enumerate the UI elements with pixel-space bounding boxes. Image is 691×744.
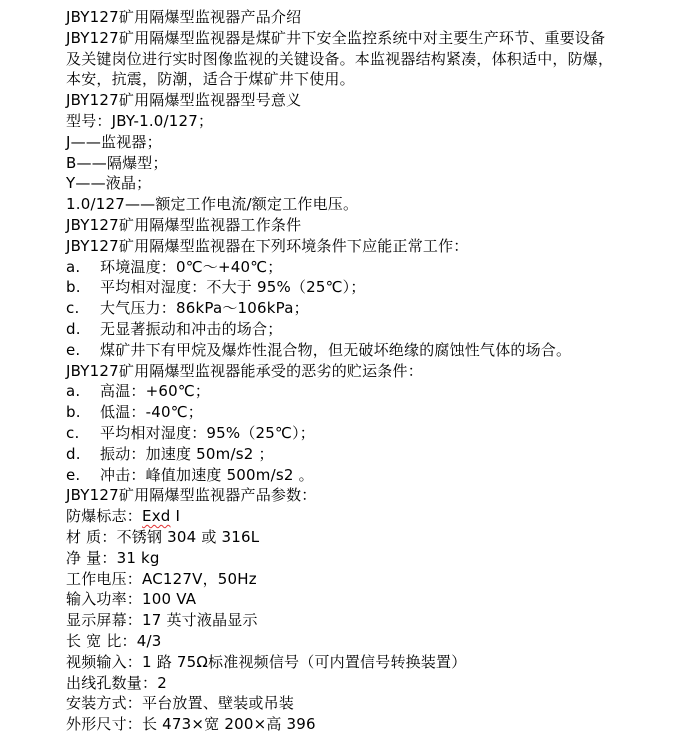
param-label: 安装方式： xyxy=(66,694,142,712)
list-marker: b. xyxy=(66,277,100,298)
working-conditions-heading: JBY127矿用隔爆型监视器工作条件 xyxy=(66,215,643,236)
param-value: 不锈钢 304 或 316L xyxy=(117,528,260,546)
list-item: a.高温：+60℃； xyxy=(66,381,643,402)
list-item: d.无显著振动和冲击的场合； xyxy=(66,319,643,340)
param-value: I xyxy=(171,507,181,525)
working-conditions-intro: JBY127矿用隔爆型监视器在下列环境条件下应能正常工作： xyxy=(66,236,643,257)
list-item-text: 冲击：峰值加速度 500m/s2 。 xyxy=(100,466,314,484)
param-label: 外形尺寸： xyxy=(66,715,142,733)
model-section-heading: JBY127矿用隔爆型监视器型号意义 xyxy=(66,90,643,111)
list-marker: d. xyxy=(66,319,100,340)
list-marker: a. xyxy=(66,257,100,278)
param-row: 外形尺寸：长 473×宽 200×高 396 xyxy=(66,714,643,735)
param-row: 工作电压：AC127V，50Hz xyxy=(66,569,643,590)
param-value-spellchecked: Exd xyxy=(142,507,170,525)
list-item-text: 环境温度：0℃～+40℃； xyxy=(100,258,283,276)
param-row: 安装方式：平台放置、壁装或吊装 xyxy=(66,693,643,714)
list-marker: c. xyxy=(66,298,100,319)
list-marker: b. xyxy=(66,402,100,423)
param-label: 工作电压： xyxy=(66,570,142,588)
param-row: 出线孔数量：2 xyxy=(66,673,643,694)
intro-line: JBY127矿用隔爆型监视器是煤矿井下安全监控系统中对主要生产环节、重要设备 xyxy=(66,28,643,49)
list-marker: e. xyxy=(66,340,100,361)
param-value: 31 kg xyxy=(117,549,160,567)
param-value: 100 VA xyxy=(142,590,196,608)
param-label: 净 量： xyxy=(66,549,117,567)
list-item-text: 高温：+60℃； xyxy=(100,382,210,400)
param-label: 视频输入： xyxy=(66,653,142,671)
param-row: 长 宽 比：4/3 xyxy=(66,631,643,652)
list-item-text: 振动：加速度 50m/s2 ； xyxy=(100,445,274,463)
list-marker: d. xyxy=(66,444,100,465)
model-line: 型号：JBY-1.0/127； xyxy=(66,111,643,132)
list-item: e.煤矿井下有甲烷及爆炸性混合物，但无破坏绝缘的腐蚀性气体的场合。 xyxy=(66,340,643,361)
list-item-text: 无显著振动和冲击的场合； xyxy=(100,320,282,338)
param-label: 显示屏幕： xyxy=(66,611,142,629)
model-line: J——监视器； xyxy=(66,132,643,153)
param-value: 1 路 75Ω标准视频信号（可内置信号转换装置） xyxy=(142,653,466,671)
param-row: 视频输入：1 路 75Ω标准视频信号（可内置信号转换装置） xyxy=(66,652,643,673)
list-item: c.平均相对湿度：95%（25℃）； xyxy=(66,423,643,444)
param-value: AC127V，50Hz xyxy=(142,570,257,588)
doc-title: JBY127矿用隔爆型监视器产品介绍 xyxy=(66,7,643,28)
param-label: 长 宽 比： xyxy=(66,632,137,650)
list-item: b.平均相对湿度：不大于 95%（25℃）； xyxy=(66,277,643,298)
storage-conditions-heading: JBY127矿用隔爆型监视器能承受的恶劣的贮运条件： xyxy=(66,361,643,382)
param-label: 防爆标志： xyxy=(66,507,142,525)
list-item: b.低温：-40℃； xyxy=(66,402,643,423)
model-line: B——隔爆型； xyxy=(66,153,643,174)
list-item: a.环境温度：0℃～+40℃； xyxy=(66,257,643,278)
list-marker: a. xyxy=(66,381,100,402)
param-row: 输入功率：100 VA xyxy=(66,589,643,610)
list-item-text: 煤矿井下有甲烷及爆炸性混合物，但无破坏绝缘的腐蚀性气体的场合。 xyxy=(100,341,571,359)
model-line: 1.0/127——额定工作电流/额定工作电压。 xyxy=(66,194,643,215)
param-value: 长 473×宽 200×高 396 xyxy=(142,715,316,733)
param-value: 4/3 xyxy=(137,632,162,650)
list-item-text: 低温：-40℃； xyxy=(100,403,203,421)
param-row: 显示屏幕：17 英寸液晶显示 xyxy=(66,610,643,631)
parameters-heading: JBY127矿用隔爆型监视器产品参数： xyxy=(66,485,643,506)
param-value: 2 xyxy=(157,674,167,692)
list-item: e.冲击：峰值加速度 500m/s2 。 xyxy=(66,465,643,486)
intro-line: 本安，抗震，防潮，适合于煤矿井下使用。 xyxy=(66,69,643,90)
param-value: 17 英寸液晶显示 xyxy=(142,611,258,629)
param-label: 出线孔数量： xyxy=(66,674,157,692)
param-label: 材 质： xyxy=(66,528,117,546)
document-page: JBY127矿用隔爆型监视器产品介绍 JBY127矿用隔爆型监视器是煤矿井下安全… xyxy=(0,0,667,735)
param-row-explosion-proof-mark: 防爆标志：Exd I xyxy=(66,506,643,527)
list-item: d.振动：加速度 50m/s2 ； xyxy=(66,444,643,465)
list-item-text: 大气压力：86kPa～106kPa； xyxy=(100,299,309,317)
model-line: Y——液晶； xyxy=(66,173,643,194)
list-marker: c. xyxy=(66,423,100,444)
list-marker: e. xyxy=(66,465,100,486)
list-item: c.大气压力：86kPa～106kPa； xyxy=(66,298,643,319)
param-row: 材 质：不锈钢 304 或 316L xyxy=(66,527,643,548)
intro-line: 及关键岗位进行实时图像监视的关键设备。本监视器结构紧凑，体积适中，防爆， xyxy=(66,49,643,70)
param-label: 输入功率： xyxy=(66,590,142,608)
list-item-text: 平均相对湿度：95%（25℃）； xyxy=(100,424,315,442)
list-item-text: 平均相对湿度：不大于 95%（25℃）； xyxy=(100,278,366,296)
param-row: 净 量：31 kg xyxy=(66,548,643,569)
param-value: 平台放置、壁装或吊装 xyxy=(142,694,294,712)
